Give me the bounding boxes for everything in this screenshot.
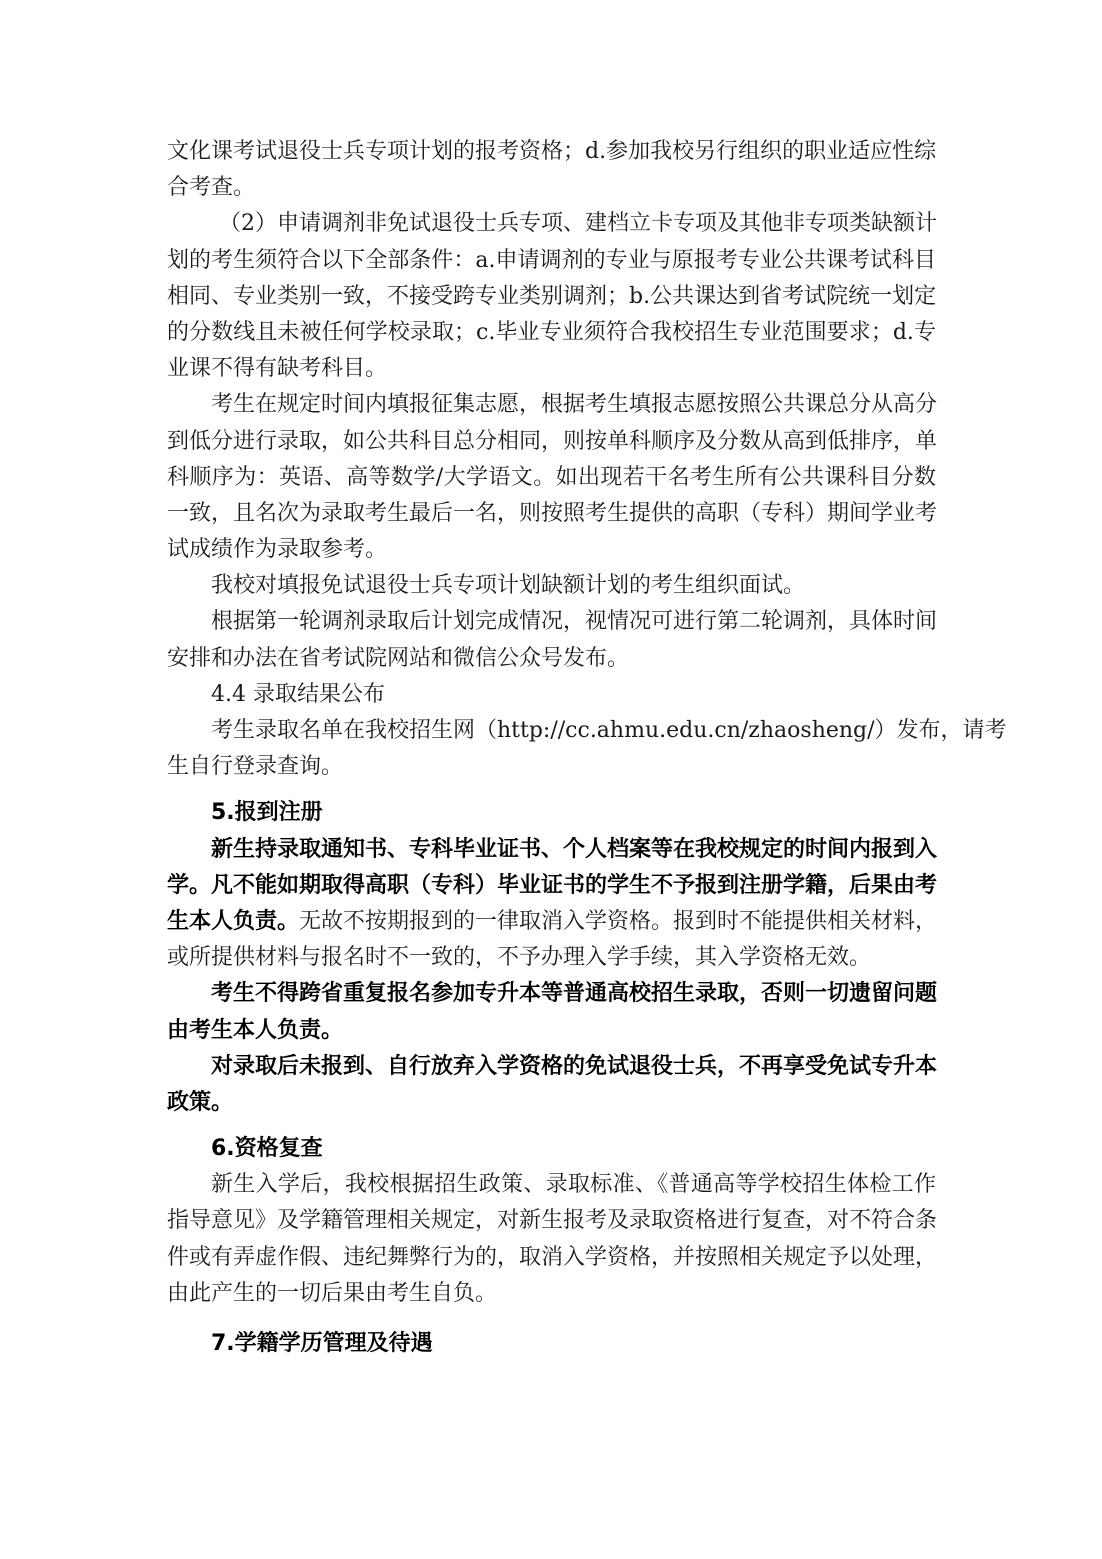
text-line: 新生入学后，我校根据招生政策、录取标准、《普通高等学校招生体检工作 xyxy=(167,1167,936,1203)
text-line: 科顺序为：英语、高等数学/大学语文。如出现若干名考生所有公共课科目分数 xyxy=(167,460,936,496)
text-line-mixed: 生本人负责。无故不按期报到的一律取消入学资格。报到时不能提供相关材料， xyxy=(167,904,936,940)
paragraph-qualification-review: 新生入学后，我校根据招生政策、录取标准、《普通高等学校招生体检工作 指导意见》及… xyxy=(167,1167,936,1312)
paragraph-abandon-policy: 对录取后未报到、自行放弃入学资格的免试退役士兵，不再享受免试专升本 政策。 xyxy=(167,1049,936,1121)
text-line: 文化课考试退役士兵专项计划的报考资格；d.参加我校另行组织的职业适应性综 xyxy=(167,134,936,170)
paragraph-adjustment-conditions: （2）申请调剂非免试退役士兵专项、建档立卡专项及其他非专项类缺额计 划的考生须符… xyxy=(167,206,936,387)
text-line: 相同、专业类别一致，不接受跨专业类别调剂；b.公共课达到省考试院统一划定 xyxy=(167,279,936,315)
text-line: 合考查。 xyxy=(167,170,936,206)
text-line: 的分数线且未被任何学校录取；c.毕业专业须符合我校招生专业范围要求；d.专 xyxy=(167,315,936,351)
text-line: 政策。 xyxy=(167,1085,936,1121)
text-line: 安排和办法在省考试院网站和微信公众号发布。 xyxy=(167,641,936,677)
text-line: 划的考生须符合以下全部条件：a.申请调剂的专业与原报考专业公共课考试科目 xyxy=(167,243,936,279)
text-line: 一致，且名次为录取考生最后一名，则按照考生提供的高职（专科）期间学业考 xyxy=(167,496,936,532)
paragraph-continuation: 文化课考试退役士兵专项计划的报考资格；d.参加我校另行组织的职业适应性综 合考查… xyxy=(167,134,936,206)
text-line: 指导意见》及学籍管理相关规定，对新生报考及录取资格进行复查，对不符合条 xyxy=(167,1203,936,1239)
section-title-6: 6.资格复查 xyxy=(167,1131,936,1167)
text-line: 新生持录取通知书、专科毕业证书、个人档案等在我校规定的时间内报到入 xyxy=(167,832,936,868)
paragraph-registration: 新生持录取通知书、专科毕业证书、个人档案等在我校规定的时间内报到入 学。凡不能如… xyxy=(167,832,936,977)
text-line: 业课不得有缺考科目。 xyxy=(167,351,936,387)
text-line: 学。凡不能如期取得高职（专科）毕业证书的学生不予报到注册学籍，后果由考 xyxy=(167,868,936,904)
paragraph-no-duplicate-registration: 考生不得跨省重复报名参加专升本等普通高校招生录取，否则一切遗留问题 由考生本人负… xyxy=(167,976,936,1048)
paragraph-interview: 我校对填报免试退役士兵专项计划缺额计划的考生组织面试。 xyxy=(167,568,936,604)
text-line: 到低分进行录取，如公共科目总分相同，则按单科顺序及分数从高到低排序，单 xyxy=(167,424,936,460)
text-line: 考生不得跨省重复报名参加专升本等普通高校招生录取，否则一切遗留问题 xyxy=(167,976,936,1012)
section-title-5: 5.报到注册 xyxy=(167,795,936,831)
bold-text: 生本人负责。 xyxy=(167,909,299,934)
text-line: 对录取后未报到、自行放弃入学资格的免试退役士兵，不再享受免试专升本 xyxy=(167,1049,936,1085)
text-line: 考生在规定时间内填报征集志愿，根据考生填报志愿按照公共课总分从高分 xyxy=(167,387,936,423)
text-line: 由此产生的一切后果由考生自负。 xyxy=(167,1276,936,1312)
text-line: 我校对填报免试退役士兵专项计划缺额计划的考生组织面试。 xyxy=(167,568,936,604)
text-line: 根据第一轮调剂录取后计划完成情况，视情况可进行第二轮调剂，具体时间 xyxy=(167,604,936,640)
text-line: 考生录取名单在我校招生网（http://cc.ahmu.edu.cn/zhaos… xyxy=(167,713,936,749)
text-line: 件或有弄虚作假、违纪舞弊行为的，取消入学资格，并按照相关规定予以处理， xyxy=(167,1240,936,1276)
subsection-title-4-4: 4.4 录取结果公布 xyxy=(167,677,936,713)
text-line: （2）申请调剂非免试退役士兵专项、建档立卡专项及其他非专项类缺额计 xyxy=(167,206,936,242)
text-line: 由考生本人负责。 xyxy=(167,1013,936,1049)
normal-text: 无故不按期报到的一律取消入学资格。报到时不能提供相关材料， xyxy=(299,909,937,934)
paragraph-second-round: 根据第一轮调剂录取后计划完成情况，视情况可进行第二轮调剂，具体时间 安排和办法在… xyxy=(167,604,936,676)
text-line: 试成绩作为录取参考。 xyxy=(167,532,936,568)
paragraph-admission-rules: 考生在规定时间内填报征集志愿，根据考生填报志愿按照公共课总分从高分 到低分进行录… xyxy=(167,387,936,568)
text-line: 或所提供材料与报名时不一致的，不予办理入学手续，其入学资格无效。 xyxy=(167,940,936,976)
text-line: 生自行登录查询。 xyxy=(167,749,936,785)
document-page: 文化课考试退役士兵专项计划的报考资格；d.参加我校另行组织的职业适应性综 合考查… xyxy=(167,134,936,1362)
section-title-7: 7.学籍学历管理及待遇 xyxy=(167,1326,936,1362)
paragraph-results-publication: 考生录取名单在我校招生网（http://cc.ahmu.edu.cn/zhaos… xyxy=(167,713,936,785)
